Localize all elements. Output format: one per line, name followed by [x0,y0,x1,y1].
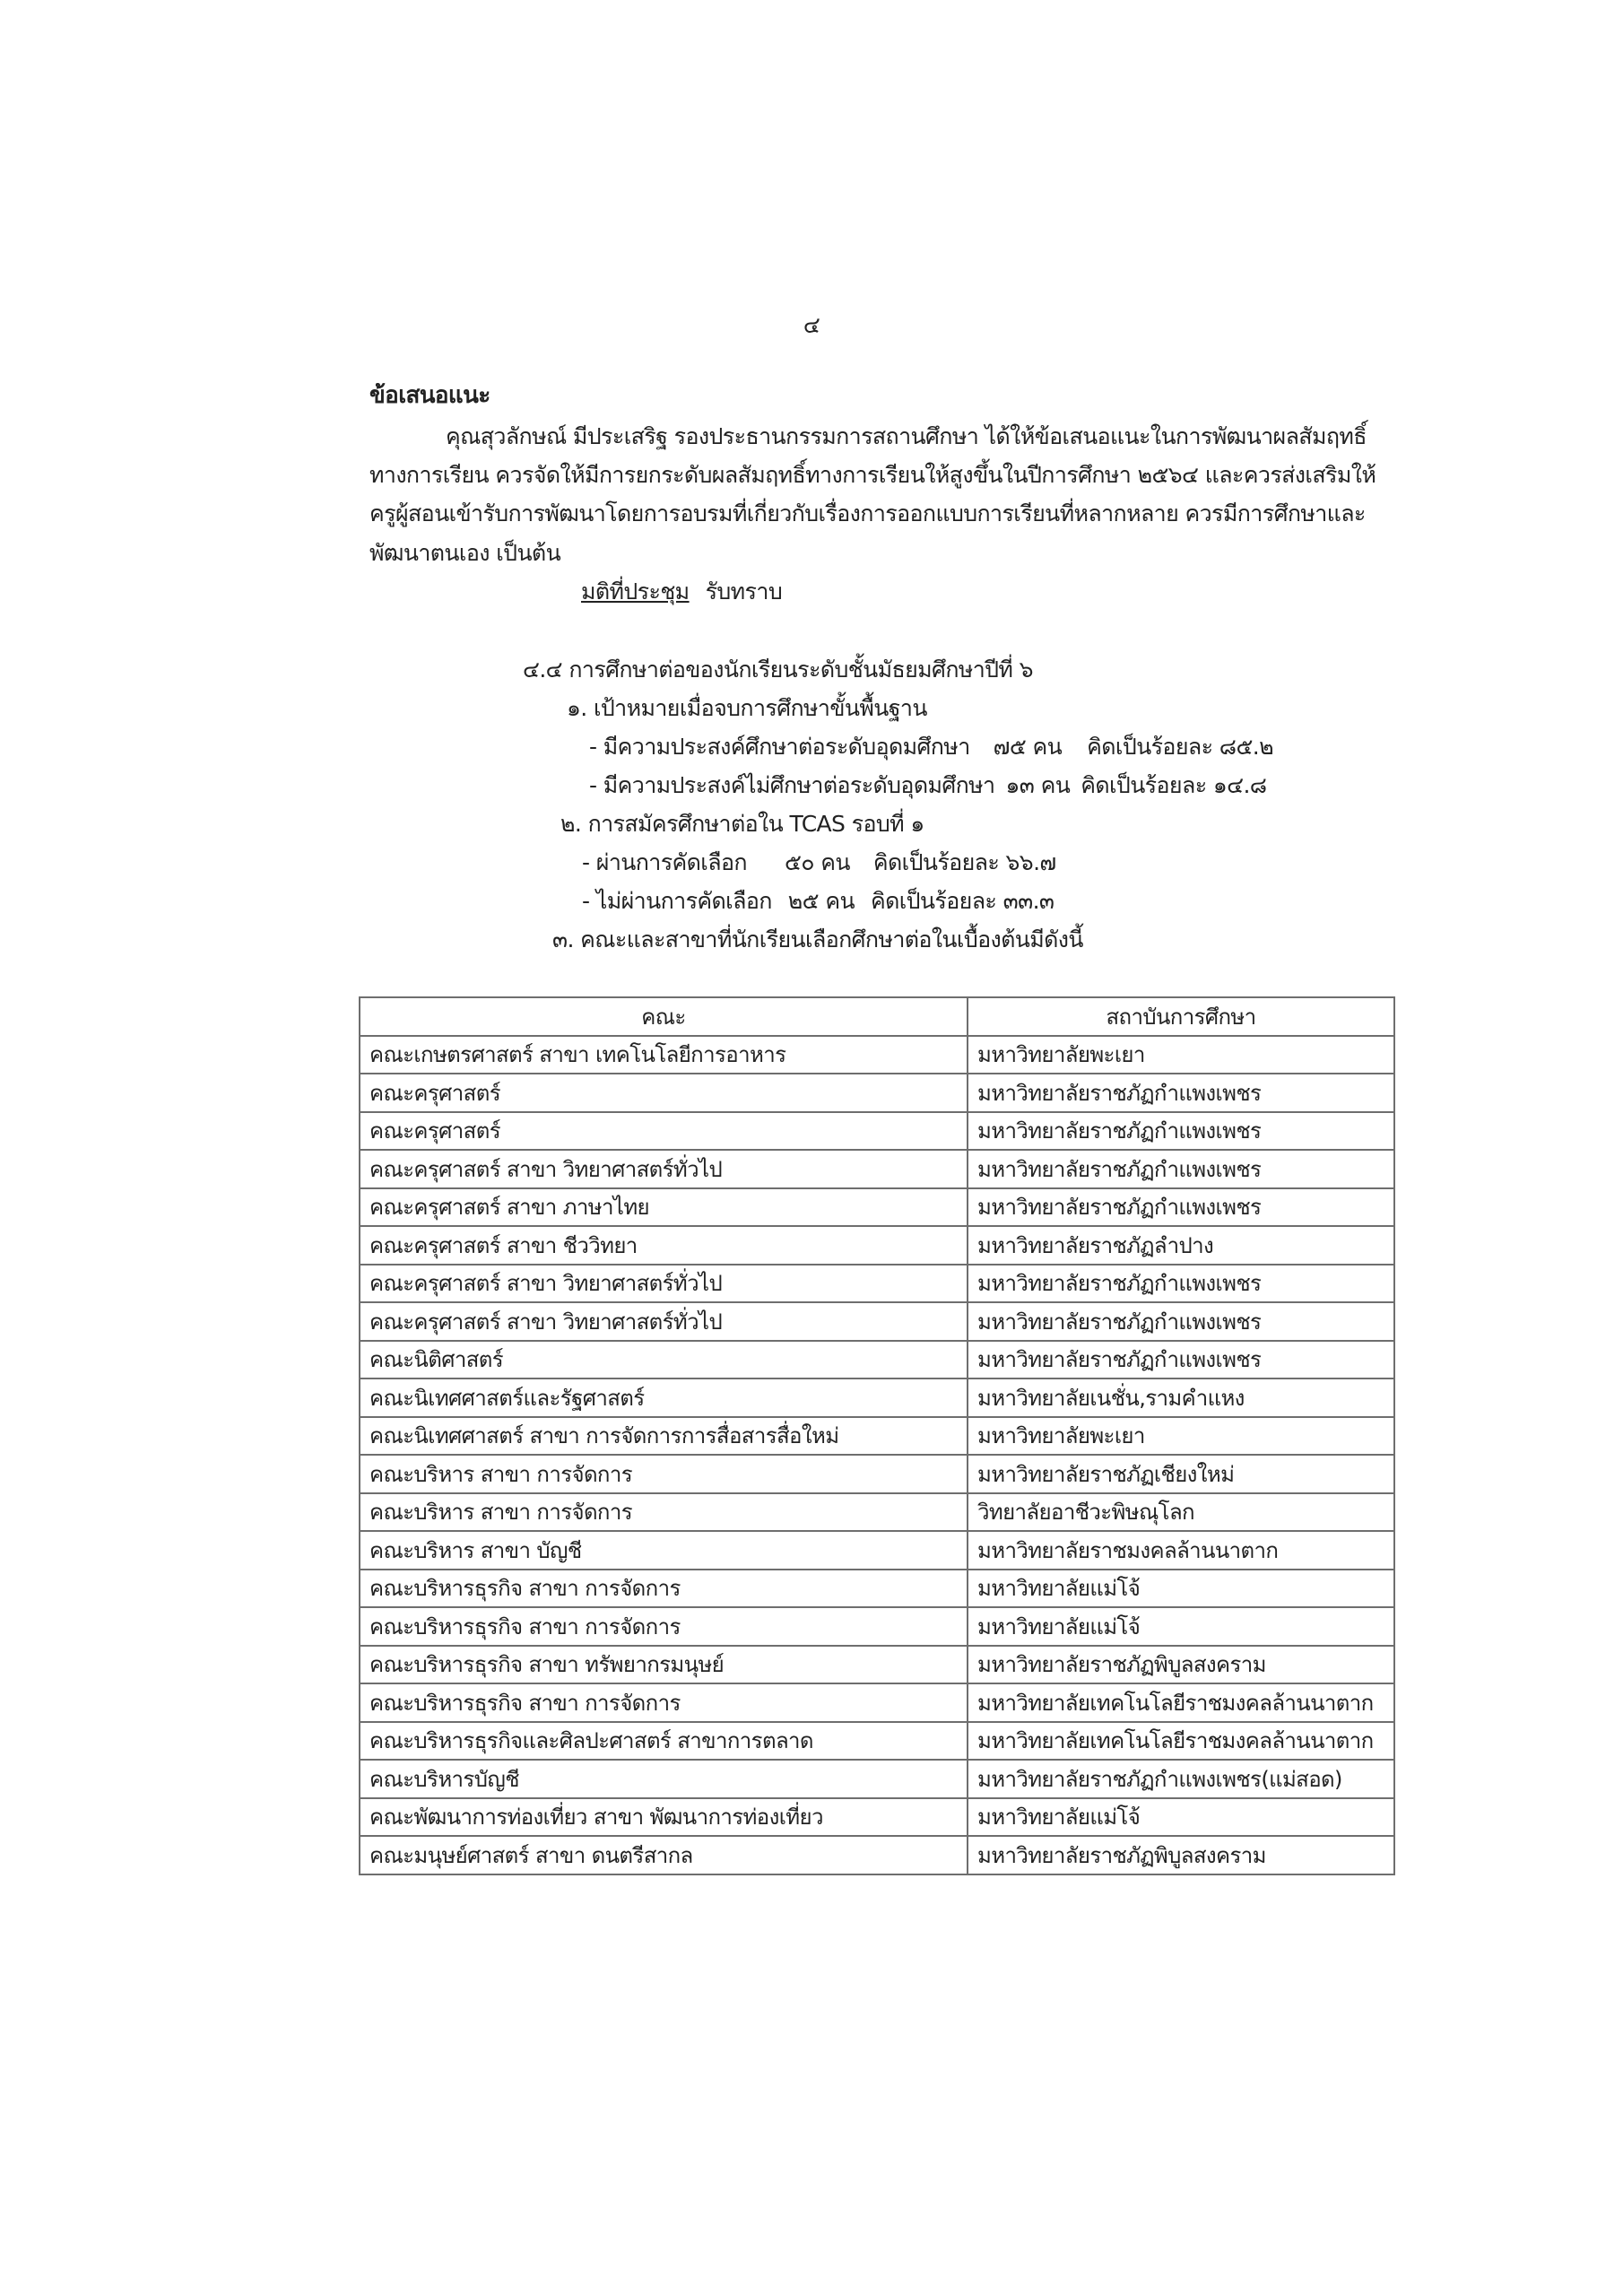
faculty-cell: คณะบริหารบัญชี [360,1760,968,1798]
institution-cell: มหาวิทยาลัยราชภัฏกำแพงเพชร [968,1265,1394,1303]
faculty-cell: คณะบริหารธุรกิจ สาขา การจัดการ [360,1570,968,1608]
faculty-cell: คณะนิติศาสตร์ [360,1341,968,1379]
table-row: คณะเกษตรศาสตร์ สาขา เทคโนโลยีการอาหารมหา… [360,1036,1394,1074]
institution-cell: มหาวิทยาลัยราชภัฏพิบูลสงคราม [968,1646,1394,1684]
tcas-item-count: ๕๐ คน [785,849,850,875]
paragraph-line: คุณสุวลักษณ์ มีประเสริฐ รองประธานกรรมการ… [446,423,1367,450]
institution-cell: มหาวิทยาลัยราชภัฏกำแพงเพชร [968,1150,1394,1188]
goal-title: ๑. เป้าหมายเมื่อจบการศึกษาขั้นพื้นฐาน [567,695,927,722]
faculty-list-title: ๓. คณะและสาขาที่นักเรียนเลือกศึกษาต่อในเ… [552,926,1083,953]
faculty-table: คณะ สถาบันการศึกษา คณะเกษตรศาสตร์ สาขา เ… [359,996,1395,1875]
section-title: ๔.๔ การศึกษาต่อของนักเรียนระดับชั้นมัธยม… [523,657,1033,683]
institution-cell: มหาวิทยาลัยราชภัฏลำปาง [968,1226,1394,1265]
table-row: คณะบริหารบัญชีมหาวิทยาลัยราชภัฏกำแพงเพชร… [360,1760,1394,1798]
faculty-cell: คณะบริหาร สาขา การจัดการ [360,1493,968,1532]
table-row: คณะครุศาสตร์ สาขา วิทยาศาสตร์ทั่วไปมหาวิ… [360,1150,1394,1188]
institution-cell: มหาวิทยาลัยราชภัฏกำแพงเพชร [968,1188,1394,1227]
recommendation-heading: ข้อเสนอแนะ [369,382,490,409]
institution-cell: มหาวิทยาลัยเทคโนโลยีราชมงคลล้านนาตาก [968,1722,1394,1761]
tcas-item: - ผ่านการคัดเลือก๕๐ คนคิดเป็นร้อยละ ๖๖.๗ [582,849,1056,876]
faculty-cell: คณะบริหาร สาขา บัญชี [360,1531,968,1570]
faculty-cell: คณะนิเทศศาสตร์ สาขา การจัดการการสื่อสารส… [360,1417,968,1456]
goal-item-count: ๑๓ คน [1005,772,1070,798]
table-row: คณะบริหาร สาขา การจัดการมหาวิทยาลัยราชภั… [360,1455,1394,1493]
faculty-cell: คณะครุศาสตร์ สาขา ภาษาไทย [360,1188,968,1227]
table-row: คณะนิเทศศาสตร์ สาขา การจัดการการสื่อสารส… [360,1417,1394,1456]
tcas-item-label: - ไม่ผ่านการคัดเลือก [582,888,772,914]
institution-cell: มหาวิทยาลัยแม่โจ้ [968,1798,1394,1837]
paragraph-line: ครูผู้สอนเข้ารับการพัฒนาโดยการอบรมที่เกี… [369,500,1366,527]
institution-cell: มหาวิทยาลัยราชภัฏกำแพงเพชร(แม่สอด) [968,1760,1394,1798]
tcas-item-label: - ผ่านการคัดเลือก [582,849,747,875]
faculty-cell: คณะบริหารธุรกิจและศิลปะศาสตร์ สาขาการตลา… [360,1722,968,1761]
header-institution: สถาบันการศึกษา [968,997,1394,1036]
faculty-cell: คณะครุศาสตร์ สาขา ชีววิทยา [360,1226,968,1265]
goal-item-percent: คิดเป็นร้อยละ ๑๔.๘ [1081,772,1266,798]
goal-item-percent: คิดเป็นร้อยละ ๘๕.๒ [1087,734,1273,760]
faculty-cell: คณะครุศาสตร์ [360,1074,968,1112]
faculty-cell: คณะบริหารธุรกิจ สาขา การจัดการ [360,1607,968,1646]
resolution-value: รับทราบ [706,578,783,604]
table-row: คณะบริหารธุรกิจ สาขา การจัดการมหาวิทยาลั… [360,1683,1394,1722]
table-row: คณะครุศาสตร์ สาขา วิทยาศาสตร์ทั่วไปมหาวิ… [360,1302,1394,1341]
institution-cell: มหาวิทยาลัยแม่โจ้ [968,1570,1394,1608]
faculty-cell: คณะครุศาสตร์ สาขา วิทยาศาสตร์ทั่วไป [360,1150,968,1188]
institution-cell: มหาวิทยาลัยราชภัฏกำแพงเพชร [968,1112,1394,1151]
faculty-cell: คณะครุศาสตร์ สาขา วิทยาศาสตร์ทั่วไป [360,1265,968,1303]
institution-cell: วิทยาลัยอาชีวะพิษณุโลก [968,1493,1394,1532]
table-row: คณะบริหารธุรกิจ สาขา การจัดการมหาวิทยาลั… [360,1607,1394,1646]
table-row: คณะบริหารธุรกิจและศิลปะศาสตร์ สาขาการตลา… [360,1722,1394,1761]
table-row: คณะครุศาสตร์ สาขา ชีววิทยามหาวิทยาลัยราช… [360,1226,1394,1265]
table-row: คณะนิเทศศาสตร์และรัฐศาสตร์มหาวิทยาลัยเนช… [360,1378,1394,1417]
institution-cell: มหาวิทยาลัยราชภัฏกำแพงเพชร [968,1302,1394,1341]
faculty-cell: คณะนิเทศศาสตร์และรัฐศาสตร์ [360,1378,968,1417]
table-row: คณะครุศาสตร์มหาวิทยาลัยราชภัฏกำแพงเพชร [360,1112,1394,1151]
faculty-cell: คณะครุศาสตร์ สาขา วิทยาศาสตร์ทั่วไป [360,1302,968,1341]
resolution-label: มติที่ประชุม [581,578,690,604]
institution-cell: มหาวิทยาลัยราชภัฏกำแพงเพชร [968,1074,1394,1112]
meeting-resolution: มติที่ประชุมรับทราบ [581,578,782,605]
table-row: คณะครุศาสตร์ สาขา วิทยาศาสตร์ทั่วไปมหาวิ… [360,1265,1394,1303]
faculty-cell: คณะพัฒนาการท่องเที่ยว สาขา พัฒนาการท่องเ… [360,1798,968,1837]
header-faculty: คณะ [360,997,968,1036]
tcas-item-percent: คิดเป็นร้อยละ ๓๓.๓ [871,888,1054,914]
faculty-cell: คณะเกษตรศาสตร์ สาขา เทคโนโลยีการอาหาร [360,1036,968,1074]
goal-item: - มีความประสงค์ศึกษาต่อระดับอุดมศึกษา๗๕ … [589,734,1273,761]
table-row: คณะมนุษย์ศาสตร์ สาขา ดนตรีสากลมหาวิทยาลั… [360,1836,1394,1874]
paragraph-line: ทางการเรียน ควรจัดให้มีการยกระดับผลสัมฤท… [369,462,1376,489]
institution-cell: มหาวิทยาลัยราชมงคลล้านนาตาก [968,1531,1394,1570]
table-row: คณะบริหาร สาขา บัญชีมหาวิทยาลัยราชมงคลล้… [360,1531,1394,1570]
institution-cell: มหาวิทยาลัยราชภัฏเชียงใหม่ [968,1455,1394,1493]
tcas-item-count: ๒๕ คน [788,888,855,914]
table-row: คณะครุศาสตร์ สาขา ภาษาไทยมหาวิทยาลัยราชภ… [360,1188,1394,1227]
faculty-cell: คณะมนุษย์ศาสตร์ สาขา ดนตรีสากล [360,1836,968,1874]
table-header-row: คณะ สถาบันการศึกษา [360,997,1394,1036]
table-row: คณะบริหารธุรกิจ สาขา ทรัพยากรมนุษย์มหาวิ… [360,1646,1394,1684]
faculty-cell: คณะครุศาสตร์ [360,1112,968,1151]
goal-item: - มีความประสงค์ไม่ศึกษาต่อระดับอุดมศึกษา… [589,772,1267,799]
institution-cell: มหาวิทยาลัยเนชั่น,รามคำแหง [968,1378,1394,1417]
institution-cell: มหาวิทยาลัยเทคโนโลยีราชมงคลล้านนาตาก [968,1683,1394,1722]
faculty-cell: คณะบริหารธุรกิจ สาขา การจัดการ [360,1683,968,1722]
paragraph-line: พัฒนาตนเอง เป็นต้น [369,540,560,567]
tcas-item-percent: คิดเป็นร้อยละ ๖๖.๗ [873,849,1056,875]
table-row: คณะครุศาสตร์มหาวิทยาลัยราชภัฏกำแพงเพชร [360,1074,1394,1112]
institution-cell: มหาวิทยาลัยพะเยา [968,1036,1394,1074]
institution-cell: มหาวิทยาลัยราชภัฏพิบูลสงคราม [968,1836,1394,1874]
faculty-cell: คณะบริหาร สาขา การจัดการ [360,1455,968,1493]
table-row: คณะนิติศาสตร์มหาวิทยาลัยราชภัฏกำแพงเพชร [360,1341,1394,1379]
institution-cell: มหาวิทยาลัยพะเยา [968,1417,1394,1456]
tcas-title: ๒. การสมัครศึกษาต่อใน TCAS รอบที่ ๑ [560,811,924,838]
institution-cell: มหาวิทยาลัยราชภัฏกำแพงเพชร [968,1341,1394,1379]
goal-item-label: - มีความประสงค์ไม่ศึกษาต่อระดับอุดมศึกษา [589,772,994,798]
table-body: คณะเกษตรศาสตร์ สาขา เทคโนโลยีการอาหารมหา… [360,1036,1394,1874]
goal-item-label: - มีความประสงค์ศึกษาต่อระดับอุดมศึกษา [589,734,970,760]
faculty-cell: คณะบริหารธุรกิจ สาขา ทรัพยากรมนุษย์ [360,1646,968,1684]
page-number: ๔ [0,312,1623,339]
table-row: คณะบริหารธุรกิจ สาขา การจัดการมหาวิทยาลั… [360,1570,1394,1608]
table-row: คณะบริหาร สาขา การจัดการวิทยาลัยอาชีวะพิ… [360,1493,1394,1532]
institution-cell: มหาวิทยาลัยแม่โจ้ [968,1607,1394,1646]
goal-item-count: ๗๕ คน [994,734,1062,760]
tcas-item: - ไม่ผ่านการคัดเลือก๒๕ คนคิดเป็นร้อยละ ๓… [582,888,1054,915]
table-row: คณะพัฒนาการท่องเที่ยว สาขา พัฒนาการท่องเ… [360,1798,1394,1837]
